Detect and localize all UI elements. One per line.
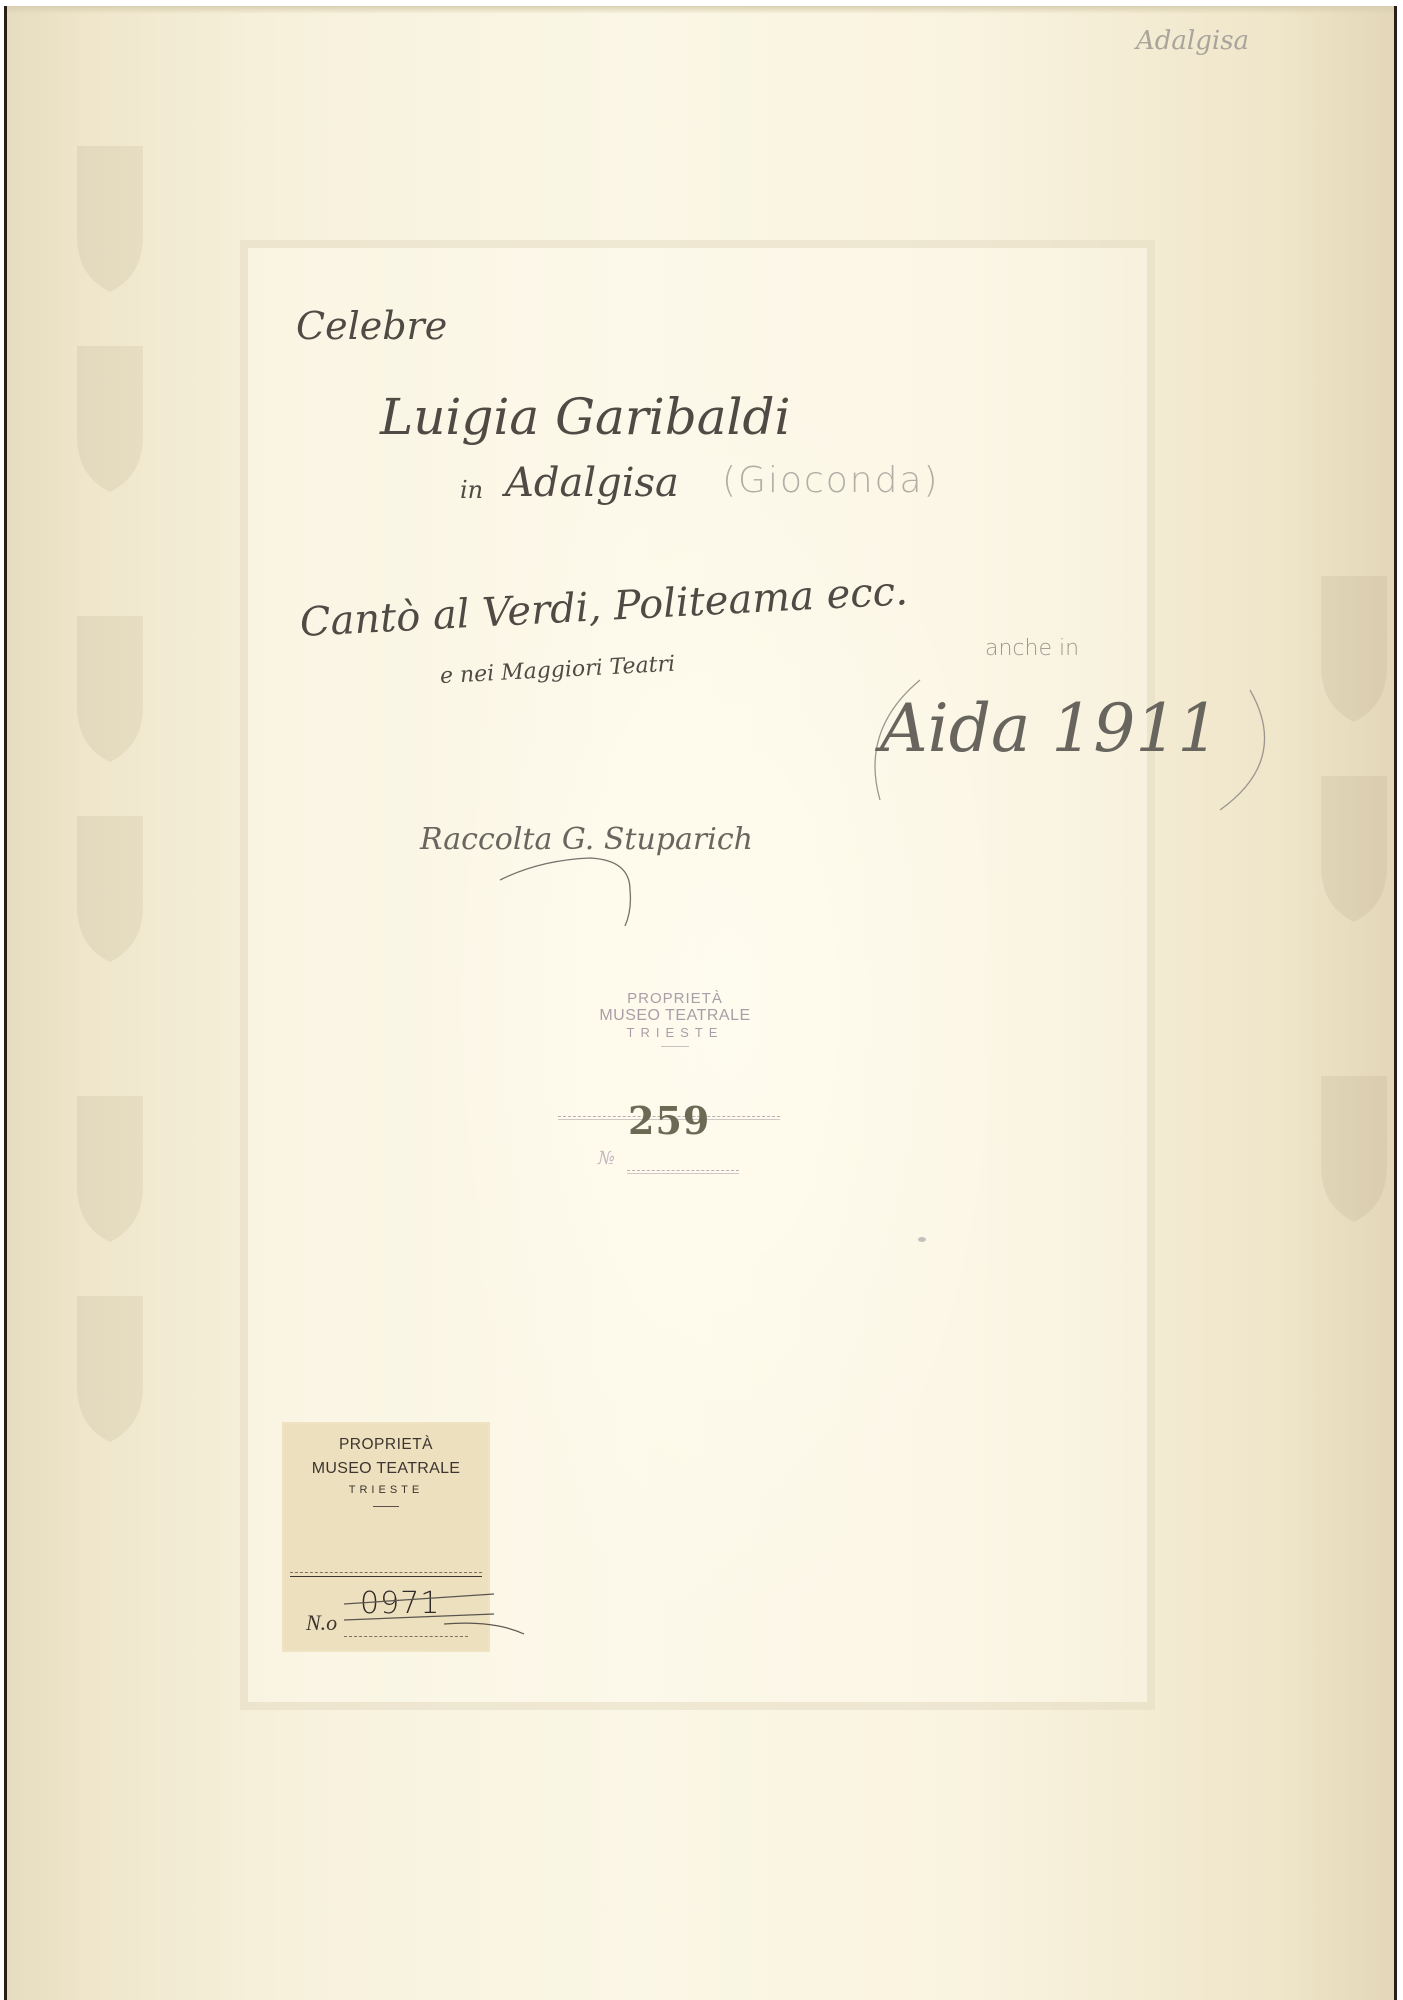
pencil-note-anche: anche in <box>985 636 1079 661</box>
stamp-rule <box>661 1046 689 1047</box>
museum-label: PROPRIETÀ MUSEO TEATRALE TRIESTE N.o 097… <box>284 1424 488 1650</box>
inscription-celebre: Celebre <box>296 304 447 348</box>
stamp-museo: MUSEO TEATRALE <box>560 1007 790 1025</box>
shield-watermark-icon <box>73 136 147 296</box>
corner-note: Adalgisa <box>1136 26 1249 56</box>
faint-museum-stamp: PROPRIETÀ MUSEO TEATRALE TRIESTE <box>560 990 790 1047</box>
label-strike-lines <box>344 1584 534 1644</box>
inscription-in: in <box>460 476 483 504</box>
inscription-pencil-role: (Gioconda) <box>722 460 940 501</box>
label-proprieta: PROPRIETÀ <box>284 1436 488 1454</box>
label-city: TRIESTE <box>284 1484 488 1496</box>
shield-watermark-icon <box>73 336 147 496</box>
label-rule <box>373 1506 399 1507</box>
label-dotted-separator <box>290 1572 482 1573</box>
inventory-number: 259 <box>628 1098 710 1143</box>
shield-watermark-icon <box>1317 766 1391 926</box>
stamp-proprieta: PROPRIETÀ <box>560 990 790 1007</box>
shield-watermark-icon <box>73 606 147 766</box>
label-solid-separator <box>290 1576 482 1577</box>
label-museo: MUSEO TEATRALE <box>284 1460 488 1478</box>
signature-flourish <box>480 850 680 930</box>
shield-watermark-icon <box>73 1086 147 1246</box>
ink-spot <box>918 1237 926 1242</box>
shield-watermark-icon <box>1317 566 1391 726</box>
numero-dotted-line <box>627 1170 739 1174</box>
card-top-edge <box>7 6 1394 14</box>
stamp-city: TRIESTE <box>560 1025 790 1040</box>
inscription-name: Luigia Garibaldi <box>380 388 791 446</box>
pencil-note-aida: Aida 1911 <box>880 690 1219 767</box>
inscription-role: Adalgisa <box>505 460 679 506</box>
label-number-prefix: N.o <box>306 1610 337 1636</box>
shield-watermark-icon <box>73 1286 147 1446</box>
shield-watermark-icon <box>73 806 147 966</box>
shield-watermark-icon <box>1317 1066 1391 1226</box>
numero-sign: № <box>598 1148 615 1169</box>
